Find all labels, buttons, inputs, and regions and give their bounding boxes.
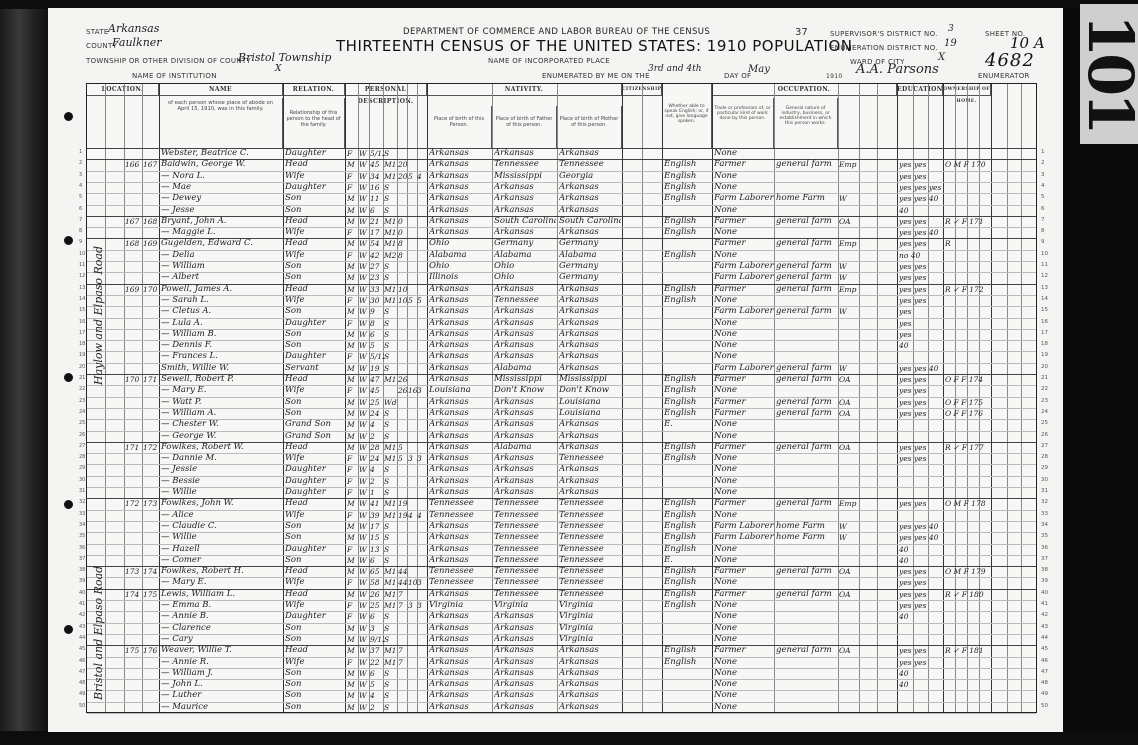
cell-race: W bbox=[359, 261, 369, 273]
cell-marital: S bbox=[384, 306, 397, 318]
cell-marital: M1 bbox=[384, 295, 397, 307]
cell-industry: general farm bbox=[776, 408, 838, 420]
line-number: 7 bbox=[1041, 217, 1045, 223]
cell-marital: S bbox=[384, 318, 397, 330]
cell-trade: Farmer bbox=[714, 589, 774, 601]
line-number: 41 bbox=[79, 601, 85, 607]
cell-mother-birth: Tennessee bbox=[559, 159, 621, 171]
cell-years-married: 5 bbox=[398, 442, 408, 454]
group-relation: RELATION. bbox=[283, 84, 345, 96]
cell-name: Sewell, Robert P. bbox=[161, 374, 283, 386]
cell-sex: M bbox=[347, 306, 357, 318]
line-number: 25 bbox=[79, 420, 85, 426]
cell-mother-birth: Arkansas bbox=[559, 340, 621, 352]
cell-birth: Arkansas bbox=[429, 397, 491, 409]
cell-race: W bbox=[359, 284, 369, 296]
cell-marital: S bbox=[384, 419, 397, 431]
line-number: 38 bbox=[79, 567, 85, 573]
cell-name: — Jesse bbox=[161, 205, 283, 217]
cell-mother-birth: Arkansas bbox=[559, 702, 621, 714]
cell-race: W bbox=[359, 453, 369, 465]
cell-sex: F bbox=[347, 453, 357, 465]
line-number: 4 bbox=[1041, 183, 1045, 189]
cell-birth: Arkansas bbox=[429, 329, 491, 341]
line-number: 34 bbox=[1041, 522, 1048, 528]
cell-edu: yes yes 40 bbox=[899, 193, 943, 205]
cell-marital: S bbox=[384, 634, 397, 646]
cell-dwelling: 166 bbox=[125, 159, 142, 171]
cell-relation: Son bbox=[285, 532, 343, 544]
cell-edu: yes yes bbox=[899, 645, 943, 657]
cell-years-married: 8 bbox=[398, 238, 408, 250]
cell-name: — Comer bbox=[161, 555, 283, 567]
cell-sex: M bbox=[347, 690, 357, 702]
line-number: 3 bbox=[1041, 172, 1045, 178]
cell-edu: yes yes 40 bbox=[899, 521, 943, 533]
cell-birth: Ohio bbox=[429, 238, 491, 250]
cell-trade: Farmer bbox=[714, 645, 774, 657]
cell-trade: None bbox=[714, 340, 774, 352]
cell-language: English bbox=[664, 182, 712, 194]
cell-sex: M bbox=[347, 634, 357, 646]
cell-birth: Arkansas bbox=[429, 464, 491, 476]
cell-birth: Arkansas bbox=[429, 295, 491, 307]
cell-dwelling: 171 bbox=[125, 442, 142, 454]
cell-trade: None bbox=[714, 476, 774, 488]
cell-marital: S bbox=[384, 679, 397, 691]
line-number: 8 bbox=[79, 228, 82, 234]
cell-marital: M1 bbox=[384, 453, 397, 465]
cell-sex: M bbox=[347, 374, 357, 386]
cell-age: 25 bbox=[370, 397, 384, 409]
cell-birth: Arkansas bbox=[429, 544, 491, 556]
cell-sex: F bbox=[347, 464, 357, 476]
cell-race: W bbox=[359, 623, 369, 635]
cell-relation: Son bbox=[285, 329, 343, 341]
cell-family: 173 bbox=[143, 498, 159, 510]
cell-language: English bbox=[664, 645, 712, 657]
cell-father-birth: Arkansas bbox=[494, 284, 556, 296]
cell-trade: None bbox=[714, 544, 774, 556]
cell-family: 170 bbox=[143, 284, 159, 296]
line-number: 30 bbox=[79, 477, 85, 483]
cell-name: — Lula A. bbox=[161, 318, 283, 330]
cell-edu: yes yes bbox=[899, 374, 943, 386]
cell-sex: F bbox=[347, 295, 357, 307]
cell-family: 172 bbox=[143, 442, 159, 454]
cell-mother-birth: Arkansas bbox=[559, 318, 621, 330]
cell-relation: Wife bbox=[285, 295, 343, 307]
cell-marital: M2 bbox=[384, 250, 397, 262]
cell-birth: Arkansas bbox=[429, 408, 491, 420]
cell-father-birth: Tennessee bbox=[494, 510, 556, 522]
line-number: 22 bbox=[79, 386, 85, 392]
cell-edu: 40 bbox=[899, 679, 943, 691]
cell-name: — Dewey bbox=[161, 193, 283, 205]
cell-family: 168 bbox=[143, 216, 159, 228]
cell-mother-birth: Tennessee bbox=[559, 453, 621, 465]
cell-language: English bbox=[664, 532, 712, 544]
cell-sex: M bbox=[347, 238, 357, 250]
county-value: Faulkner bbox=[112, 36, 162, 49]
line-number: 15 bbox=[1041, 307, 1048, 313]
cell-edu: 40 bbox=[899, 340, 943, 352]
cell-home: R bbox=[945, 238, 991, 250]
cell-age: 24 bbox=[370, 408, 384, 420]
cell-sex: M bbox=[347, 329, 357, 341]
cell-father-birth: Tennessee bbox=[494, 577, 556, 589]
cell-age: 45 bbox=[370, 159, 384, 171]
cell-language: English bbox=[664, 193, 712, 205]
cell-mother-birth: Virginia bbox=[559, 600, 621, 612]
cell-name: — Hazell bbox=[161, 544, 283, 556]
cell-trade: Farmer bbox=[714, 238, 774, 250]
birth-mother-header: Place of birth of Mother of this person. bbox=[557, 106, 622, 148]
cell-name: — Maggie L. bbox=[161, 227, 283, 239]
cell-language: English bbox=[664, 385, 712, 397]
cell-marital: S bbox=[384, 193, 397, 205]
cell-race: W bbox=[359, 159, 369, 171]
cell-sex: F bbox=[347, 544, 357, 556]
cell-name: — Sarah L. bbox=[161, 295, 283, 307]
cell-marital: M1 bbox=[384, 216, 397, 228]
cell-name: — Willie bbox=[161, 532, 283, 544]
cell-trade: Farm Laborer bbox=[714, 363, 774, 375]
line-number: 47 bbox=[1041, 669, 1048, 675]
column-divider bbox=[345, 84, 346, 712]
cell-age: 9 bbox=[370, 306, 384, 318]
cell-father-birth: Arkansas bbox=[494, 611, 556, 623]
cell-mother-birth: Arkansas bbox=[559, 148, 621, 160]
cell-age: 17 bbox=[370, 227, 384, 239]
cell-mother-birth: Arkansas bbox=[559, 306, 621, 318]
cell-age: 22 bbox=[370, 657, 384, 669]
cell-relation: Son bbox=[285, 193, 343, 205]
cell-relation: Daughter bbox=[285, 182, 343, 194]
cell-sex: M bbox=[347, 623, 357, 635]
cell-marital: S bbox=[384, 363, 397, 375]
cell-family: 167 bbox=[143, 159, 159, 171]
cell-relation: Head bbox=[285, 216, 343, 228]
cell-sex: M bbox=[347, 498, 357, 510]
cell-birth: Arkansas bbox=[429, 589, 491, 601]
cell-years-married: 44 bbox=[398, 566, 408, 578]
cell-sex: M bbox=[347, 363, 357, 375]
cell-employer: W bbox=[839, 306, 859, 318]
cell-name: Lewis, William L. bbox=[161, 589, 283, 601]
cell-marital: S bbox=[384, 668, 397, 680]
line-number: 36 bbox=[1041, 545, 1048, 551]
department-title: DEPARTMENT OF COMMERCE AND LABOR BUREAU … bbox=[403, 27, 710, 37]
cell-age: 54 bbox=[370, 238, 384, 250]
column-divider bbox=[774, 84, 775, 712]
cell-years-married: 0 bbox=[398, 227, 408, 239]
cell-employer: OA bbox=[839, 566, 859, 578]
cell-birth: Arkansas bbox=[429, 171, 491, 183]
cell-employer: Emp bbox=[839, 238, 859, 250]
cell-edu: yes yes bbox=[899, 272, 943, 284]
cell-edu: yes yes bbox=[899, 216, 943, 228]
cell-edu: yes yes bbox=[899, 442, 943, 454]
cell-edu: yes yes bbox=[899, 453, 943, 465]
cell-marital: S bbox=[384, 532, 397, 544]
cell-mother-birth: Arkansas bbox=[559, 645, 621, 657]
cell-living: 5 bbox=[417, 295, 426, 307]
cell-home: O F F 175 bbox=[945, 397, 991, 409]
cell-marital: M1 bbox=[384, 442, 397, 454]
line-number: 18 bbox=[1041, 341, 1048, 347]
cell-years-married: 44 bbox=[398, 577, 408, 589]
cell-language: English bbox=[664, 544, 712, 556]
cell-race: W bbox=[359, 679, 369, 691]
column-divider bbox=[105, 84, 106, 712]
cell-name: — Bessie bbox=[161, 476, 283, 488]
cell-race: W bbox=[359, 363, 369, 375]
cell-trade: None bbox=[714, 205, 774, 217]
cell-sex: M bbox=[347, 532, 357, 544]
cell-family: 169 bbox=[143, 238, 159, 250]
cell-race: W bbox=[359, 498, 369, 510]
cell-mother-birth: Louisiana bbox=[559, 397, 621, 409]
cell-sex: M bbox=[347, 159, 357, 171]
cell-father-birth: Arkansas bbox=[494, 487, 556, 499]
cell-race: W bbox=[359, 487, 369, 499]
cell-trade: None bbox=[714, 318, 774, 330]
cell-trade: None bbox=[714, 419, 774, 431]
cell-years-married: 7 bbox=[398, 600, 408, 612]
cell-language: English bbox=[664, 227, 712, 239]
line-number: 14 bbox=[1041, 296, 1048, 302]
cell-name: — Mary E. bbox=[161, 385, 283, 397]
cell-name: — William J. bbox=[161, 668, 283, 680]
cell-edu: yes yes yes bbox=[899, 182, 943, 194]
cell-sex: M bbox=[347, 668, 357, 680]
line-number: 36 bbox=[79, 545, 85, 551]
cell-mother-birth: Arkansas bbox=[559, 227, 621, 239]
cell-age: 34 bbox=[370, 171, 384, 183]
cell-father-birth: Tennessee bbox=[494, 555, 556, 567]
cell-name: Weaver, Willie T. bbox=[161, 645, 283, 657]
line-number: 33 bbox=[79, 511, 85, 517]
year-value: 1910 bbox=[826, 73, 842, 80]
cell-employer: Emp bbox=[839, 159, 859, 171]
cell-name: — Luther bbox=[161, 690, 283, 702]
cell-father-birth: Tennessee bbox=[494, 498, 556, 510]
cell-years-married: 10 bbox=[398, 295, 408, 307]
punch-hole bbox=[64, 112, 73, 121]
cell-language: English bbox=[664, 453, 712, 465]
line-number: 12 bbox=[1041, 273, 1048, 279]
cell-trade: Farm Laborer bbox=[714, 306, 774, 318]
cell-name: — William bbox=[161, 261, 283, 273]
cell-employer: OA bbox=[839, 397, 859, 409]
cell-birth: Arkansas bbox=[429, 442, 491, 454]
line-number: 8 bbox=[1041, 228, 1045, 234]
cell-birth: Arkansas bbox=[429, 657, 491, 669]
line-number: 24 bbox=[79, 409, 85, 415]
cell-years-married: 8 bbox=[398, 250, 408, 262]
cell-employer: OA bbox=[839, 374, 859, 386]
line-number: 30 bbox=[1041, 477, 1048, 483]
cell-age: 21 bbox=[370, 216, 384, 228]
cell-edu: 40 bbox=[899, 205, 943, 217]
line-number: 5 bbox=[1041, 194, 1045, 200]
cell-age: 39 bbox=[370, 510, 384, 522]
cell-age: 9/12 bbox=[370, 634, 384, 646]
cell-race: W bbox=[359, 657, 369, 669]
cell-trade: Farmer bbox=[714, 216, 774, 228]
cell-trade: None bbox=[714, 464, 774, 476]
cell-relation: Son bbox=[285, 205, 343, 217]
cell-birth: Arkansas bbox=[429, 227, 491, 239]
cell-living: 4 bbox=[417, 171, 426, 183]
cell-mother-birth: Mississippi bbox=[559, 374, 621, 386]
cell-race: W bbox=[359, 464, 369, 476]
cell-father-birth: Arkansas bbox=[494, 690, 556, 702]
cell-marital: S bbox=[384, 544, 397, 556]
cell-industry: general farm bbox=[776, 238, 838, 250]
cell-birth: Arkansas bbox=[429, 148, 491, 160]
cell-dwelling: 175 bbox=[125, 645, 142, 657]
cell-industry: general farm bbox=[776, 566, 838, 578]
cell-name: — Annie B. bbox=[161, 611, 283, 623]
cell-marital: M1 bbox=[384, 227, 397, 239]
cell-trade: None bbox=[714, 668, 774, 680]
line-number: 6 bbox=[79, 206, 82, 212]
cell-father-birth: Arkansas bbox=[494, 679, 556, 691]
cell-trade: Farmer bbox=[714, 498, 774, 510]
cell-trade: None bbox=[714, 250, 774, 262]
cell-sex: M bbox=[347, 408, 357, 420]
cell-industry: general farm bbox=[776, 272, 838, 284]
line-number: 39 bbox=[1041, 578, 1048, 584]
cell-mother-birth: Tennessee bbox=[559, 521, 621, 533]
cell-mother-birth: Don't Know bbox=[559, 385, 621, 397]
cell-birth: Illinois bbox=[429, 272, 491, 284]
cell-born: 5 bbox=[408, 171, 417, 183]
line-number: 9 bbox=[1041, 239, 1045, 245]
cell-sex: F bbox=[347, 600, 357, 612]
cell-race: W bbox=[359, 329, 369, 341]
cell-sex: F bbox=[347, 510, 357, 522]
cell-age: 4 bbox=[370, 690, 384, 702]
cell-name: — Cary bbox=[161, 634, 283, 646]
relation-column-header: Relationship of this person to the head … bbox=[283, 98, 345, 148]
cell-trade: None bbox=[714, 453, 774, 465]
cell-mother-birth: Tennessee bbox=[559, 566, 621, 578]
cell-trade: Farmer bbox=[714, 374, 774, 386]
cell-mother-birth: Virginia bbox=[559, 611, 621, 623]
cell-sex: M bbox=[347, 431, 357, 443]
cell-relation: Son bbox=[285, 306, 343, 318]
cell-home: O F F 176 bbox=[945, 408, 991, 420]
cell-sex: M bbox=[347, 272, 357, 284]
line-number: 50 bbox=[79, 703, 85, 709]
cell-relation: Head bbox=[285, 566, 343, 578]
cell-father-birth: Arkansas bbox=[494, 476, 556, 488]
cell-father-birth: Arkansas bbox=[494, 702, 556, 714]
cell-marital: S bbox=[384, 205, 397, 217]
cell-father-birth: Ohio bbox=[494, 272, 556, 284]
line-number: 43 bbox=[79, 624, 85, 630]
cell-name: Smith, Willie W. bbox=[161, 363, 283, 375]
cell-race: W bbox=[359, 397, 369, 409]
cell-relation: Daughter bbox=[285, 476, 343, 488]
cell-father-birth: Ohio bbox=[494, 261, 556, 273]
cell-relation: Son bbox=[285, 679, 343, 691]
scan-margin-bottom bbox=[0, 731, 1138, 745]
cell-trade: None bbox=[714, 702, 774, 714]
institution-label: NAME OF INSTITUTION bbox=[132, 72, 217, 80]
cell-mother-birth: Arkansas bbox=[559, 205, 621, 217]
cell-age: 58 bbox=[370, 577, 384, 589]
cell-industry: general farm bbox=[776, 306, 838, 318]
line-number: 29 bbox=[79, 465, 85, 471]
cell-age: 33 bbox=[370, 284, 384, 296]
cell-edu: yes bbox=[899, 318, 943, 330]
cell-relation: Daughter bbox=[285, 487, 343, 499]
cell-age: 17 bbox=[370, 521, 384, 533]
cell-name: — John L. bbox=[161, 679, 283, 691]
line-number: 31 bbox=[1041, 488, 1048, 494]
cell-father-birth: Tennessee bbox=[494, 295, 556, 307]
cell-relation: Daughter bbox=[285, 318, 343, 330]
line-number: 20 bbox=[1041, 364, 1048, 370]
cell-language: English bbox=[664, 408, 712, 420]
column-divider bbox=[897, 84, 898, 712]
line-number: 21 bbox=[79, 375, 85, 381]
line-number: 41 bbox=[1041, 601, 1048, 607]
cell-sex: M bbox=[347, 261, 357, 273]
line-number: 27 bbox=[1041, 443, 1048, 449]
cell-race: W bbox=[359, 442, 369, 454]
column-divider bbox=[283, 84, 284, 712]
cell-trade: Farm Laborer bbox=[714, 193, 774, 205]
cell-age: 65 bbox=[370, 566, 384, 578]
cell-mother-birth: Tennessee bbox=[559, 544, 621, 556]
cell-language: English bbox=[664, 171, 712, 183]
cell-age: 41 bbox=[370, 498, 384, 510]
cell-father-birth: Don't Know bbox=[494, 385, 556, 397]
cell-age: 24 bbox=[370, 453, 384, 465]
cell-trade: None bbox=[714, 227, 774, 239]
cell-name: — Delia bbox=[161, 250, 283, 262]
cell-race: W bbox=[359, 431, 369, 443]
cell-race: W bbox=[359, 227, 369, 239]
supervisors-district-value: 3 bbox=[948, 24, 954, 34]
cell-employer: Emp bbox=[839, 284, 859, 296]
cell-relation: Wife bbox=[285, 510, 343, 522]
cell-marital: S bbox=[384, 690, 397, 702]
cell-industry: home Farm bbox=[776, 521, 838, 533]
cell-birth: Arkansas bbox=[429, 645, 491, 657]
cell-name: — Annie R. bbox=[161, 657, 283, 669]
cell-dwelling: 172 bbox=[125, 498, 142, 510]
cell-language: English bbox=[664, 374, 712, 386]
line-number: 1 bbox=[79, 149, 82, 155]
cell-age: 4 bbox=[370, 464, 384, 476]
line-number: 40 bbox=[1041, 590, 1048, 596]
cell-marital: M1 bbox=[384, 510, 397, 522]
line-number: 1 bbox=[1041, 149, 1045, 155]
enumerated-day: 3rd and 4th bbox=[648, 64, 702, 74]
cell-name: — Jessie bbox=[161, 464, 283, 476]
cell-language: English bbox=[664, 284, 712, 296]
cell-marital: M1 bbox=[384, 159, 397, 171]
cell-trade: None bbox=[714, 510, 774, 522]
line-number: 32 bbox=[79, 499, 85, 505]
cell-birth: Arkansas bbox=[429, 306, 491, 318]
